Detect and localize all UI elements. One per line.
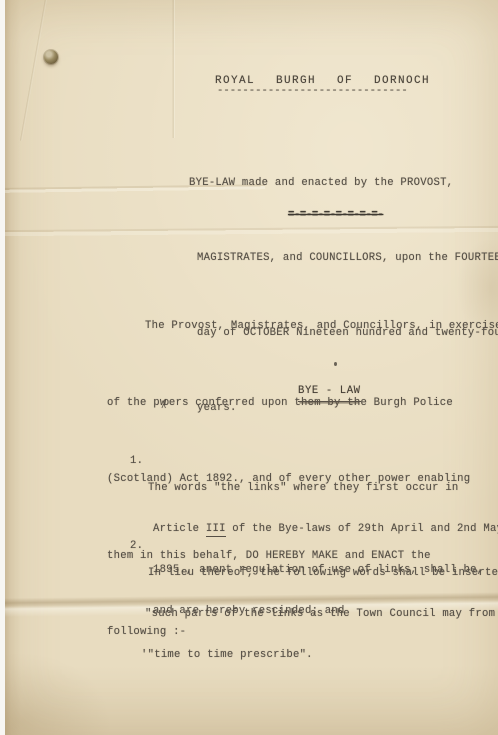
diagonal-crease bbox=[20, 0, 48, 141]
bylaw-item-2: 2. In lieu thereof, the following words … bbox=[130, 513, 498, 717]
scanned-document: ROYAL BURGH OF DORNOCH -----------------… bbox=[0, 0, 498, 735]
ink-speck bbox=[334, 362, 337, 366]
preamble-line: BYE-LAW made and enacted by the PROVOST, bbox=[189, 171, 498, 196]
document-page: ROYAL BURGH OF DORNOCH -----------------… bbox=[5, 0, 498, 735]
bye-law-heading: BYE - LAW bbox=[298, 384, 361, 402]
vertical-crease bbox=[172, 0, 175, 138]
struck-out-line: =-=-=-=-=-=-=-=- bbox=[288, 206, 383, 224]
title-underline: ------------------------------ bbox=[217, 84, 408, 98]
item-line: "such parts of the links as the Town Cou… bbox=[145, 608, 498, 622]
insertion-caret: ^ bbox=[161, 404, 167, 413]
item-line: The words "the links" where they first o… bbox=[148, 482, 498, 496]
item-line: In lieu thereof, the following words sha… bbox=[148, 567, 498, 581]
typo-prefix: of the p bbox=[107, 397, 160, 409]
paper-fastener-icon bbox=[44, 50, 58, 64]
enactment-line: The Provost, Magistrates, and Councillor… bbox=[107, 314, 498, 340]
item-line: '"time to time prescribe". bbox=[141, 649, 498, 663]
